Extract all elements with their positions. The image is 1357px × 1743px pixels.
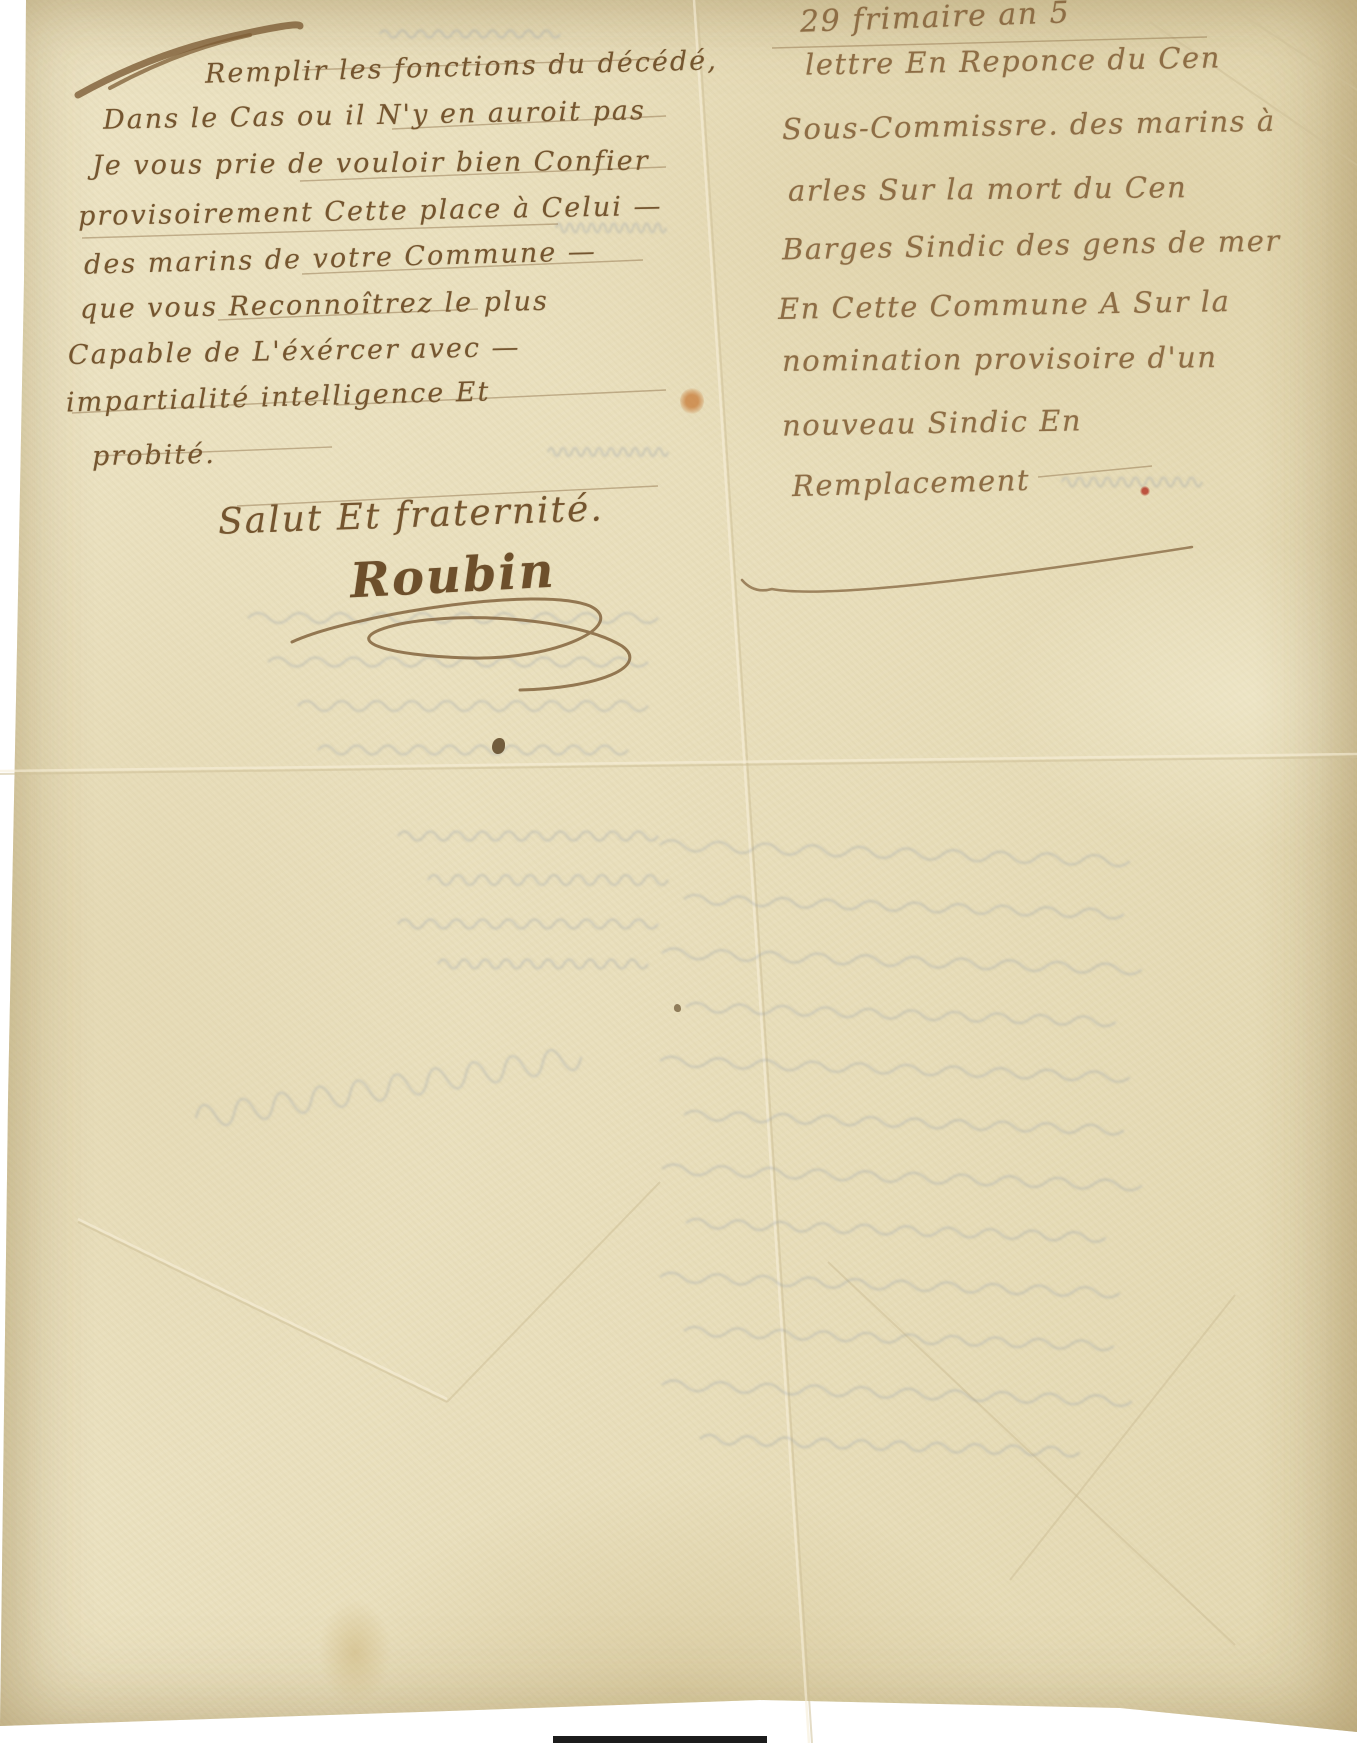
docket-line: lettre En Reponce du Cen xyxy=(805,40,1221,81)
docket-line: arles Sur la mort du Cen xyxy=(788,170,1188,207)
docket-line: nouveau Sindic En xyxy=(782,403,1083,442)
letter-line: Je vous prie de vouloir bien Confier xyxy=(92,146,650,182)
docket-line: Remplacement xyxy=(792,463,1031,503)
letter-line: probité. xyxy=(92,439,216,472)
scanned-letter-page: Remplir les fonctions du décédé, Dans le… xyxy=(0,0,1357,1743)
docket-line: nomination provisoire d'un xyxy=(782,340,1218,378)
scanner-artifact xyxy=(553,1736,767,1743)
signature: Roubin xyxy=(349,543,557,610)
